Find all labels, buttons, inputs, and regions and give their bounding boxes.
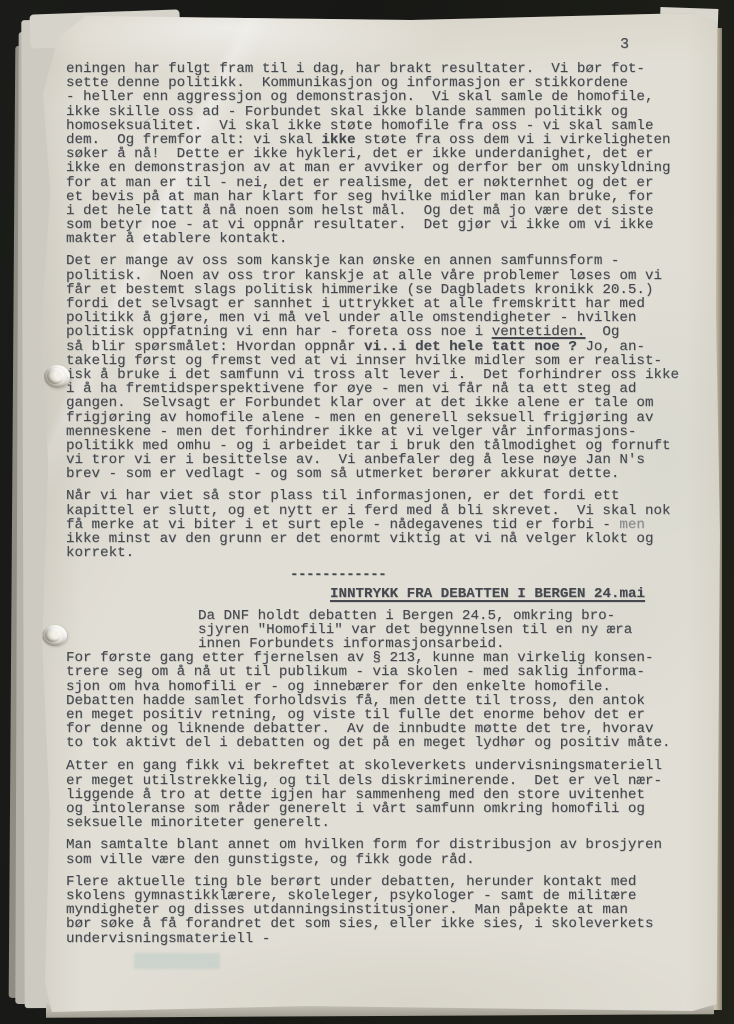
document-page: 3 eningen har fulgt fram til i dag, har … <box>34 13 720 1013</box>
separator-line: ------------ <box>66 568 691 582</box>
scanned-document-view: 3 eningen har fulgt fram til i dag, har … <box>0 0 734 1024</box>
text-line: ikke minst av den grunn er det enormt vi… <box>66 532 691 546</box>
text-line: ikke en demonstrasjon av at man er avvik… <box>66 161 691 175</box>
text-segment: undervisningsmateriell - <box>66 931 270 947</box>
text-line: - heller enn aggressjon og demonstrasjon… <box>66 90 691 104</box>
text-line: brev - som er vedlagt - og som så utmerk… <box>66 467 691 481</box>
text-line: får et bestemt slags politisk himmerike … <box>66 283 691 297</box>
text-line: korrekt. <box>66 546 691 560</box>
text-line: liggende å tro at dette igjen har sammen… <box>66 788 691 802</box>
text-line: er meget utilstrekkelig, og til dels dis… <box>66 774 691 788</box>
paragraph: Da DNF holdt debatten i Bergen 24.5, omk… <box>66 609 691 751</box>
text-line: isk å bruke i det samfunn vi tross alt l… <box>66 368 691 382</box>
text-line: politisk. Noen av oss tror kanskje at al… <box>66 269 691 283</box>
text-line: to tok aktivt del i debatten og det på e… <box>66 736 691 750</box>
text-line: undervisningsmateriell - <box>66 932 691 946</box>
text-line: seksuelle minoriteter generelt. <box>66 816 691 830</box>
paragraph: Flere aktuelle ting ble berørt under deb… <box>66 875 691 946</box>
text-line: sjon om hva homofili er - og innebærer f… <box>66 680 691 694</box>
page-number: 3 <box>620 36 629 53</box>
text-line: skolens gymnastikklærere, skoleleger, ps… <box>66 889 691 903</box>
text-segment: brev - som er vedlagt - og som så utmerk… <box>66 466 619 482</box>
paragraph: Atter en gang fikk vi bekreftet at skole… <box>66 759 691 830</box>
section-heading: INNTRYKK FRA DEBATTEN I BERGEN 24.mai <box>330 586 691 602</box>
text-line: bør søke å få forandret det som sies, el… <box>66 917 691 931</box>
text-line: et bevis på at man har klart for seg hvi… <box>66 190 691 204</box>
paragraph: Det er mange av oss som kanskje kan ønsk… <box>66 254 691 481</box>
text-line: så blir spørsmålet: Hvordan oppnår vi..i… <box>66 340 691 354</box>
text-line: homoseksualitet. Vi skal ikke støte homo… <box>66 119 691 133</box>
text-line: få merke at vi biter i et surt eple - nå… <box>66 518 691 532</box>
text-line: Atter en gang fikk vi bekreftet at skole… <box>66 759 691 773</box>
text-segment: makter å etablere kontakt. <box>66 231 287 247</box>
text-line: kapittel er slutt, og et nytt er i ferd … <box>66 504 691 518</box>
text-line: i det hele tatt å nå noen som helst mål.… <box>66 204 691 218</box>
paragraph: Når vi har viet så stor plass til inform… <box>66 489 691 560</box>
text-line: politikk med omhu - og i arbeidet tar i … <box>66 439 691 453</box>
paragraph: eningen har fulgt fram til i dag, har br… <box>66 62 691 246</box>
text-segment: to tok aktivt del i debatten og det på e… <box>66 735 671 751</box>
text-line: som ville være den gunstigste, og fikk g… <box>66 853 691 867</box>
text-line: politisk oppfatning vi enn har - foreta … <box>66 325 691 339</box>
text-line: Debatten hadde samlet forholdsvis få, me… <box>66 694 691 708</box>
text-line: dem. Og fremfor alt: vi skal ikke støte … <box>66 133 691 147</box>
text-line: ikke skille oss ad - Forbundet skal ikke… <box>66 105 691 119</box>
text-line: for at man er til - nei, det er realisme… <box>66 176 691 190</box>
text-segment: seksuelle minoriteter generelt. <box>66 815 330 831</box>
text-line: takelig først og fremst ved at vi innser… <box>66 354 691 368</box>
text-segment-faded: men <box>619 517 645 533</box>
text-segment: ikke minst av den grunn er det enormt vi… <box>66 531 653 547</box>
text-line: Man samtalte blant annet om hvilken form… <box>66 838 691 852</box>
paragraph: Man samtalte blant annet om hvilken form… <box>66 838 691 866</box>
binder-hole-mark <box>44 365 70 388</box>
text-line: en meget positiv retning, og viste til f… <box>66 708 691 722</box>
text-line: menneskene - men det forhindrer ikke at … <box>66 425 691 439</box>
text-segment: korrekt. <box>66 545 134 561</box>
text-line: trere seg om å nå ut til publikum - via … <box>66 665 691 679</box>
text-segment: som ville være den gunstigste, og fikk g… <box>66 852 475 868</box>
text-line: sjyren "Homofili" var det begynnelsen ti… <box>66 623 691 637</box>
text-line: Da DNF holdt debatten i Bergen 24.5, omk… <box>66 609 691 623</box>
text-line: Det er mange av oss som kanskje kan ønsk… <box>66 254 691 268</box>
bleed-through-mark <box>134 953 220 969</box>
typewritten-text-body: eningen har fulgt fram til i dag, har br… <box>66 62 691 954</box>
text-line: makter å etablere kontakt. <box>66 232 691 246</box>
text-line: gangen. Selvsagt er Forbundet klar over … <box>66 396 691 410</box>
text-line: frigjøring av homofile alene - men en ge… <box>66 411 691 425</box>
text-line: innen Forbundets informasjonsarbeid. <box>66 637 691 651</box>
binder-hole-mark <box>42 625 67 646</box>
text-line: Når vi har viet så stor plass til inform… <box>66 489 691 503</box>
text-line: Flere aktuelle ting ble berørt under deb… <box>66 875 691 889</box>
